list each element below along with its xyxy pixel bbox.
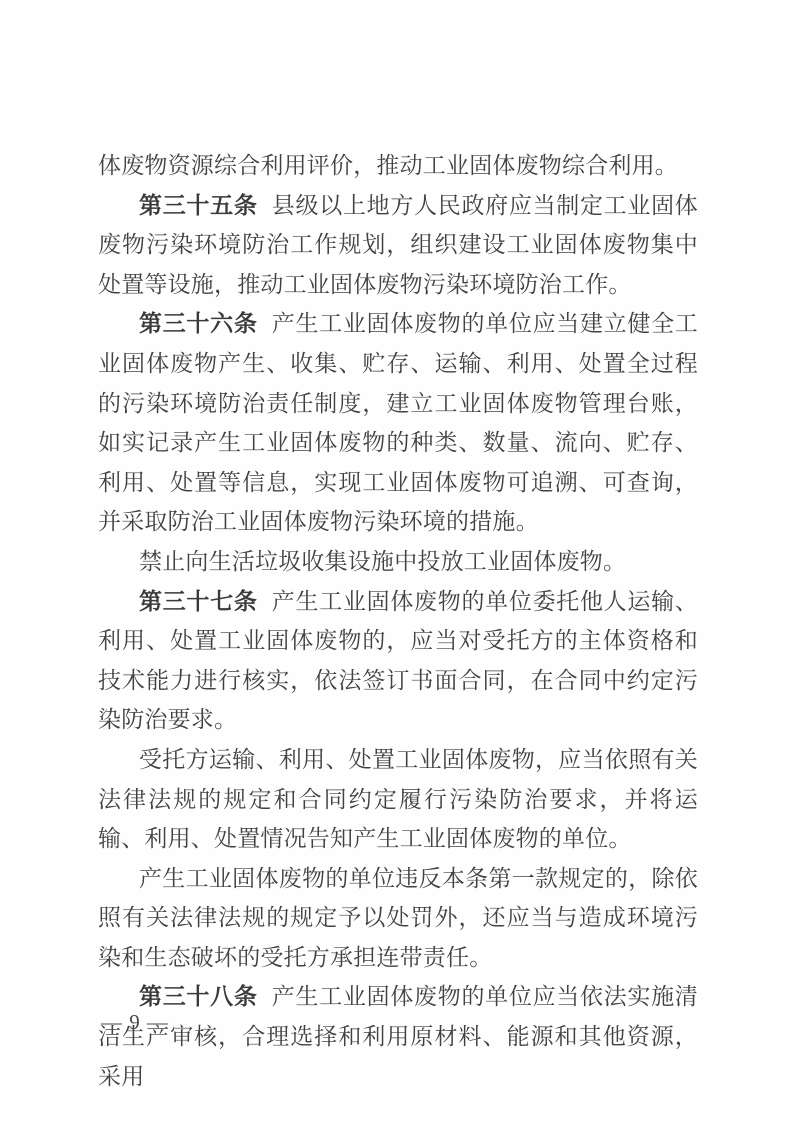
article-paragraph: 第三十六条产生工业固体废物的单位应当建立健全工业固体废物产生、收集、贮存、运输、…: [98, 304, 698, 542]
document-body: 体废物资源综合利用评价，推动工业固体废物综合利用。第三十五条县级以上地方人民政府…: [98, 146, 698, 1096]
article-number-heading: 第三十八条: [139, 983, 258, 1009]
article-paragraph: 第三十七条产生工业固体废物的单位委托他人运输、利用、处置工业固体废物的，应当对受…: [98, 582, 698, 740]
body-paragraph: 体废物资源综合利用评价，推动工业固体废物综合利用。: [98, 146, 698, 186]
document-page: 体废物资源综合利用评价，推动工业固体废物综合利用。第三十五条县级以上地方人民政府…: [0, 0, 793, 1122]
body-paragraph: 产生工业固体废物的单位违反本条第一款规定的，除依照有关法律法规的规定予以处罚外，…: [98, 859, 698, 978]
article-paragraph: 第三十五条县级以上地方人民政府应当制定工业固体废物污染环境防治工作规划，组织建设…: [98, 186, 698, 305]
page-number-footer: — 9 —: [101, 1010, 169, 1034]
article-number-heading: 第三十六条: [139, 310, 258, 336]
article-paragraph: 第三十八条产生工业固体废物的单位应当依法实施清洁生产审核，合理选择和利用原材料、…: [98, 977, 698, 1096]
body-paragraph: 禁止向生活垃圾收集设施中投放工业固体废物。: [98, 542, 698, 582]
article-number-heading: 第三十五条: [139, 192, 258, 218]
article-number-heading: 第三十七条: [139, 588, 258, 614]
body-paragraph: 受托方运输、利用、处置工业固体废物，应当依照有关法律法规的规定和合同约定履行污染…: [98, 740, 698, 859]
